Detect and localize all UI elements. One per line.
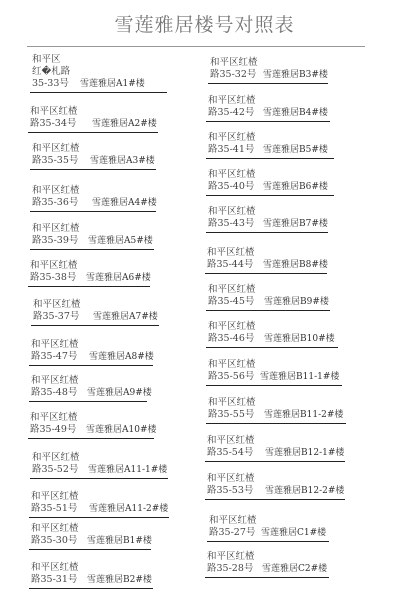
list-item: 和平区红楂 路35-53号 雪莲雅居B12-2#楼 — [207, 466, 352, 500]
list-item: 和平区红楂 路35-47号 雪莲雅居A8#楼 — [31, 332, 166, 366]
title-divider — [27, 46, 365, 47]
list-item: 和平区红楂 路35-28号 雪莲雅居C2#楼 — [207, 544, 337, 578]
building-label: 雪莲雅居A6#楼 — [86, 273, 151, 284]
address-text: 和平区红楂 路35-43号 — [208, 206, 256, 230]
address-text: 和平区红楂 路35-39号 — [32, 223, 80, 247]
building-label: 雪莲雅居B11-2#楼 — [264, 410, 343, 421]
list-item: 和平区红楂 路35-40号 雪莲雅居B6#楼 — [208, 162, 338, 196]
building-label: 雪莲雅居B3#楼 — [263, 70, 328, 81]
list-item: 和平区红楂 路35-31号 雪莲雅居B2#楼 — [31, 555, 166, 589]
address-text: 和平区红楂 路35-54号 — [207, 435, 255, 459]
building-label: 雪莲雅居C1#楼 — [261, 528, 326, 539]
building-label: 雪莲雅居B10#楼 — [264, 334, 335, 345]
list-item: 和平区红楂 路35-55号 雪莲雅居B11-2#楼 — [208, 390, 353, 424]
address-text: 和平区红楂 路35-41号 — [208, 132, 256, 156]
address-text: 和平区红楂 路35-28号 — [207, 551, 255, 575]
underline — [206, 310, 330, 311]
underline — [206, 158, 334, 159]
building-label: 雪莲雅居A10#楼 — [86, 425, 157, 436]
address-text: 和平区红楂 路35-52号 — [32, 452, 80, 476]
list-item: 和平区红楂 路35-32号 雪莲雅居B3#楼 — [210, 50, 340, 84]
list-item: 和平区红楂 路35-44号 雪莲雅居B8#楼 — [207, 240, 337, 274]
list-item: 和平区红楂 路35-39号 雪莲雅居A5#楼 — [32, 216, 167, 250]
address-text: 和平区红楂 路35-49号 — [30, 412, 78, 436]
list-item: 和平区红楂 路35-36号 雪莲雅居A4#楼 — [32, 178, 167, 212]
list-item: 和平区红楂 路35-56号 雪莲雅居B11-1#楼 — [208, 352, 348, 386]
building-label: 雪莲雅居A11-1#楼 — [88, 465, 167, 476]
underline — [30, 92, 167, 93]
building-label: 雪莲雅居B4#楼 — [263, 108, 328, 119]
address-text: 和平区红楂 路35-40号 — [208, 169, 256, 193]
underline — [206, 385, 342, 386]
address-text: 和平区红楂 路35-44号 — [207, 247, 255, 271]
building-label: 雪莲雅居B12-2#楼 — [265, 486, 344, 497]
address-text: 和平区红楂 路35-37号 — [33, 299, 81, 323]
list-item: 和平区红楂 路35-30号 雪莲雅居B1#楼 — [31, 516, 166, 550]
building-label: 雪莲雅居A9#楼 — [87, 388, 152, 399]
building-label: 雪莲雅居A7#楼 — [93, 312, 158, 323]
building-label: 雪莲雅居B1#楼 — [87, 536, 152, 547]
list-item: 和平区红楂 路35-35号 雪莲雅居A3#楼 — [32, 136, 167, 170]
building-label: 雪莲雅居A5#楼 — [88, 236, 153, 247]
building-label: 雪莲雅居B11-1#楼 — [260, 372, 339, 383]
list-item: 和平区红楂 路35-38号 雪莲雅居A6#楼 — [30, 253, 165, 287]
list-item: 和平区红楂 路35-37号 雪莲雅居A7#楼 — [33, 292, 168, 326]
address-text: 和平区红楂 路35-27号 — [209, 515, 257, 539]
building-label: 雪莲雅居A8#楼 — [89, 352, 154, 363]
underline — [28, 286, 150, 287]
address-text: 和平区红楂 路35-46号 — [208, 321, 256, 345]
building-label: 雪莲雅居A3#楼 — [90, 156, 155, 167]
building-label: 雪莲雅居A2#楼 — [92, 119, 157, 130]
address-text: 和平区红楂 路35-36号 — [32, 185, 80, 209]
building-label: 雪莲雅居B12-1#楼 — [265, 448, 344, 459]
building-label: 雪莲雅居A1#楼 — [80, 79, 145, 90]
address-text: 和平区红楂 路35-30号 — [31, 523, 79, 547]
underline — [205, 461, 345, 462]
list-item: 和平区红楂 路35-54号 雪莲雅居B12-1#楼 — [207, 428, 352, 462]
address-text: 和平区 红�札路 35-33号 — [32, 54, 70, 90]
list-item: 和平区红楂 路35-52号 雪莲雅居A11-1#楼 — [32, 445, 172, 479]
underline — [29, 365, 153, 366]
address-text: 和平区红楂 路35-32号 — [210, 57, 258, 81]
address-text: 和平区红楂 路35-38号 — [30, 260, 78, 284]
list-item: 和平区红楂 路35-51号 雪莲雅居A11-2#楼 — [31, 484, 171, 518]
building-label: 雪莲雅居B6#楼 — [263, 182, 328, 193]
underline — [205, 577, 329, 578]
address-text: 和平区红楂 路35-45号 — [208, 284, 256, 308]
underline — [205, 273, 327, 274]
building-label: 雪莲雅居A11-2#楼 — [89, 504, 168, 515]
underline — [206, 121, 330, 122]
underline — [30, 169, 156, 170]
list-item: 和平区红楂 路35-49号 雪莲雅居A10#楼 — [30, 405, 165, 439]
building-label: 雪莲雅居B9#楼 — [264, 297, 329, 308]
list-item: 和平区红楂 路35-34号 雪莲雅居A2#楼 — [30, 99, 165, 133]
address-text: 和平区红楂 路35-51号 — [31, 491, 79, 515]
list-item: 和平区红楂 路35-46号 雪莲雅居B10#楼 — [208, 314, 343, 348]
address-text: 和平区红楂 路35-35号 — [32, 143, 80, 167]
address-text: 和平区红楂 路35-42号 — [208, 95, 256, 119]
address-text: 和平区红楂 路35-55号 — [208, 397, 256, 421]
address-text: 和平区红楂 路35-34号 — [30, 106, 78, 130]
underline — [30, 249, 154, 250]
underline — [29, 588, 153, 589]
underline — [29, 549, 151, 550]
address-text: 和平区红楂 路35-31号 — [31, 562, 79, 586]
address-text: 和平区红楂 路35-47号 — [31, 339, 79, 363]
building-label: 雪莲雅居B5#楼 — [263, 145, 328, 156]
list-item: 和平区红楂 路35-45号 雪莲雅居B9#楼 — [208, 277, 338, 311]
building-label: 雪莲雅居A4#楼 — [92, 198, 157, 209]
address-text: 和平区红楂 路35-56号 — [208, 359, 256, 383]
underline — [28, 132, 158, 133]
list-item: 和平区红楂 路35-41号 雪莲雅居B5#楼 — [208, 125, 338, 159]
underline — [206, 347, 338, 348]
address-text: 和平区红楂 路35-53号 — [207, 473, 255, 497]
underline — [206, 232, 328, 233]
underline — [205, 499, 345, 500]
page-title: 雪莲雅居楼号对照表 — [0, 10, 409, 37]
list-item: 和平区 红�札路 35-33号 雪莲雅居A1#楼 — [32, 57, 167, 93]
underline — [31, 325, 159, 326]
underline — [206, 195, 334, 196]
underline — [29, 401, 147, 402]
underline — [208, 83, 328, 84]
underline — [207, 541, 329, 542]
building-label: 雪莲雅居B2#楼 — [87, 575, 152, 586]
list-item: 和平区红楂 路35-42号 雪莲雅居B4#楼 — [208, 88, 338, 122]
building-label: 雪莲雅居B7#楼 — [263, 219, 328, 230]
underline — [206, 423, 346, 424]
underline — [28, 438, 154, 439]
list-item: 和平区红楂 路35-27号 雪莲雅居C1#楼 — [209, 508, 339, 542]
underline — [30, 478, 168, 479]
building-label: 雪莲雅居C2#楼 — [262, 564, 327, 575]
address-text: 和平区红楂 路35-48号 — [31, 375, 79, 399]
underline — [30, 211, 156, 212]
list-item: 和平区红楂 路35-48号 雪莲雅居A9#楼 — [31, 368, 166, 402]
list-item: 和平区红楂 路35-43号 雪莲雅居B7#楼 — [208, 199, 338, 233]
building-label: 雪莲雅居B8#楼 — [263, 260, 328, 271]
